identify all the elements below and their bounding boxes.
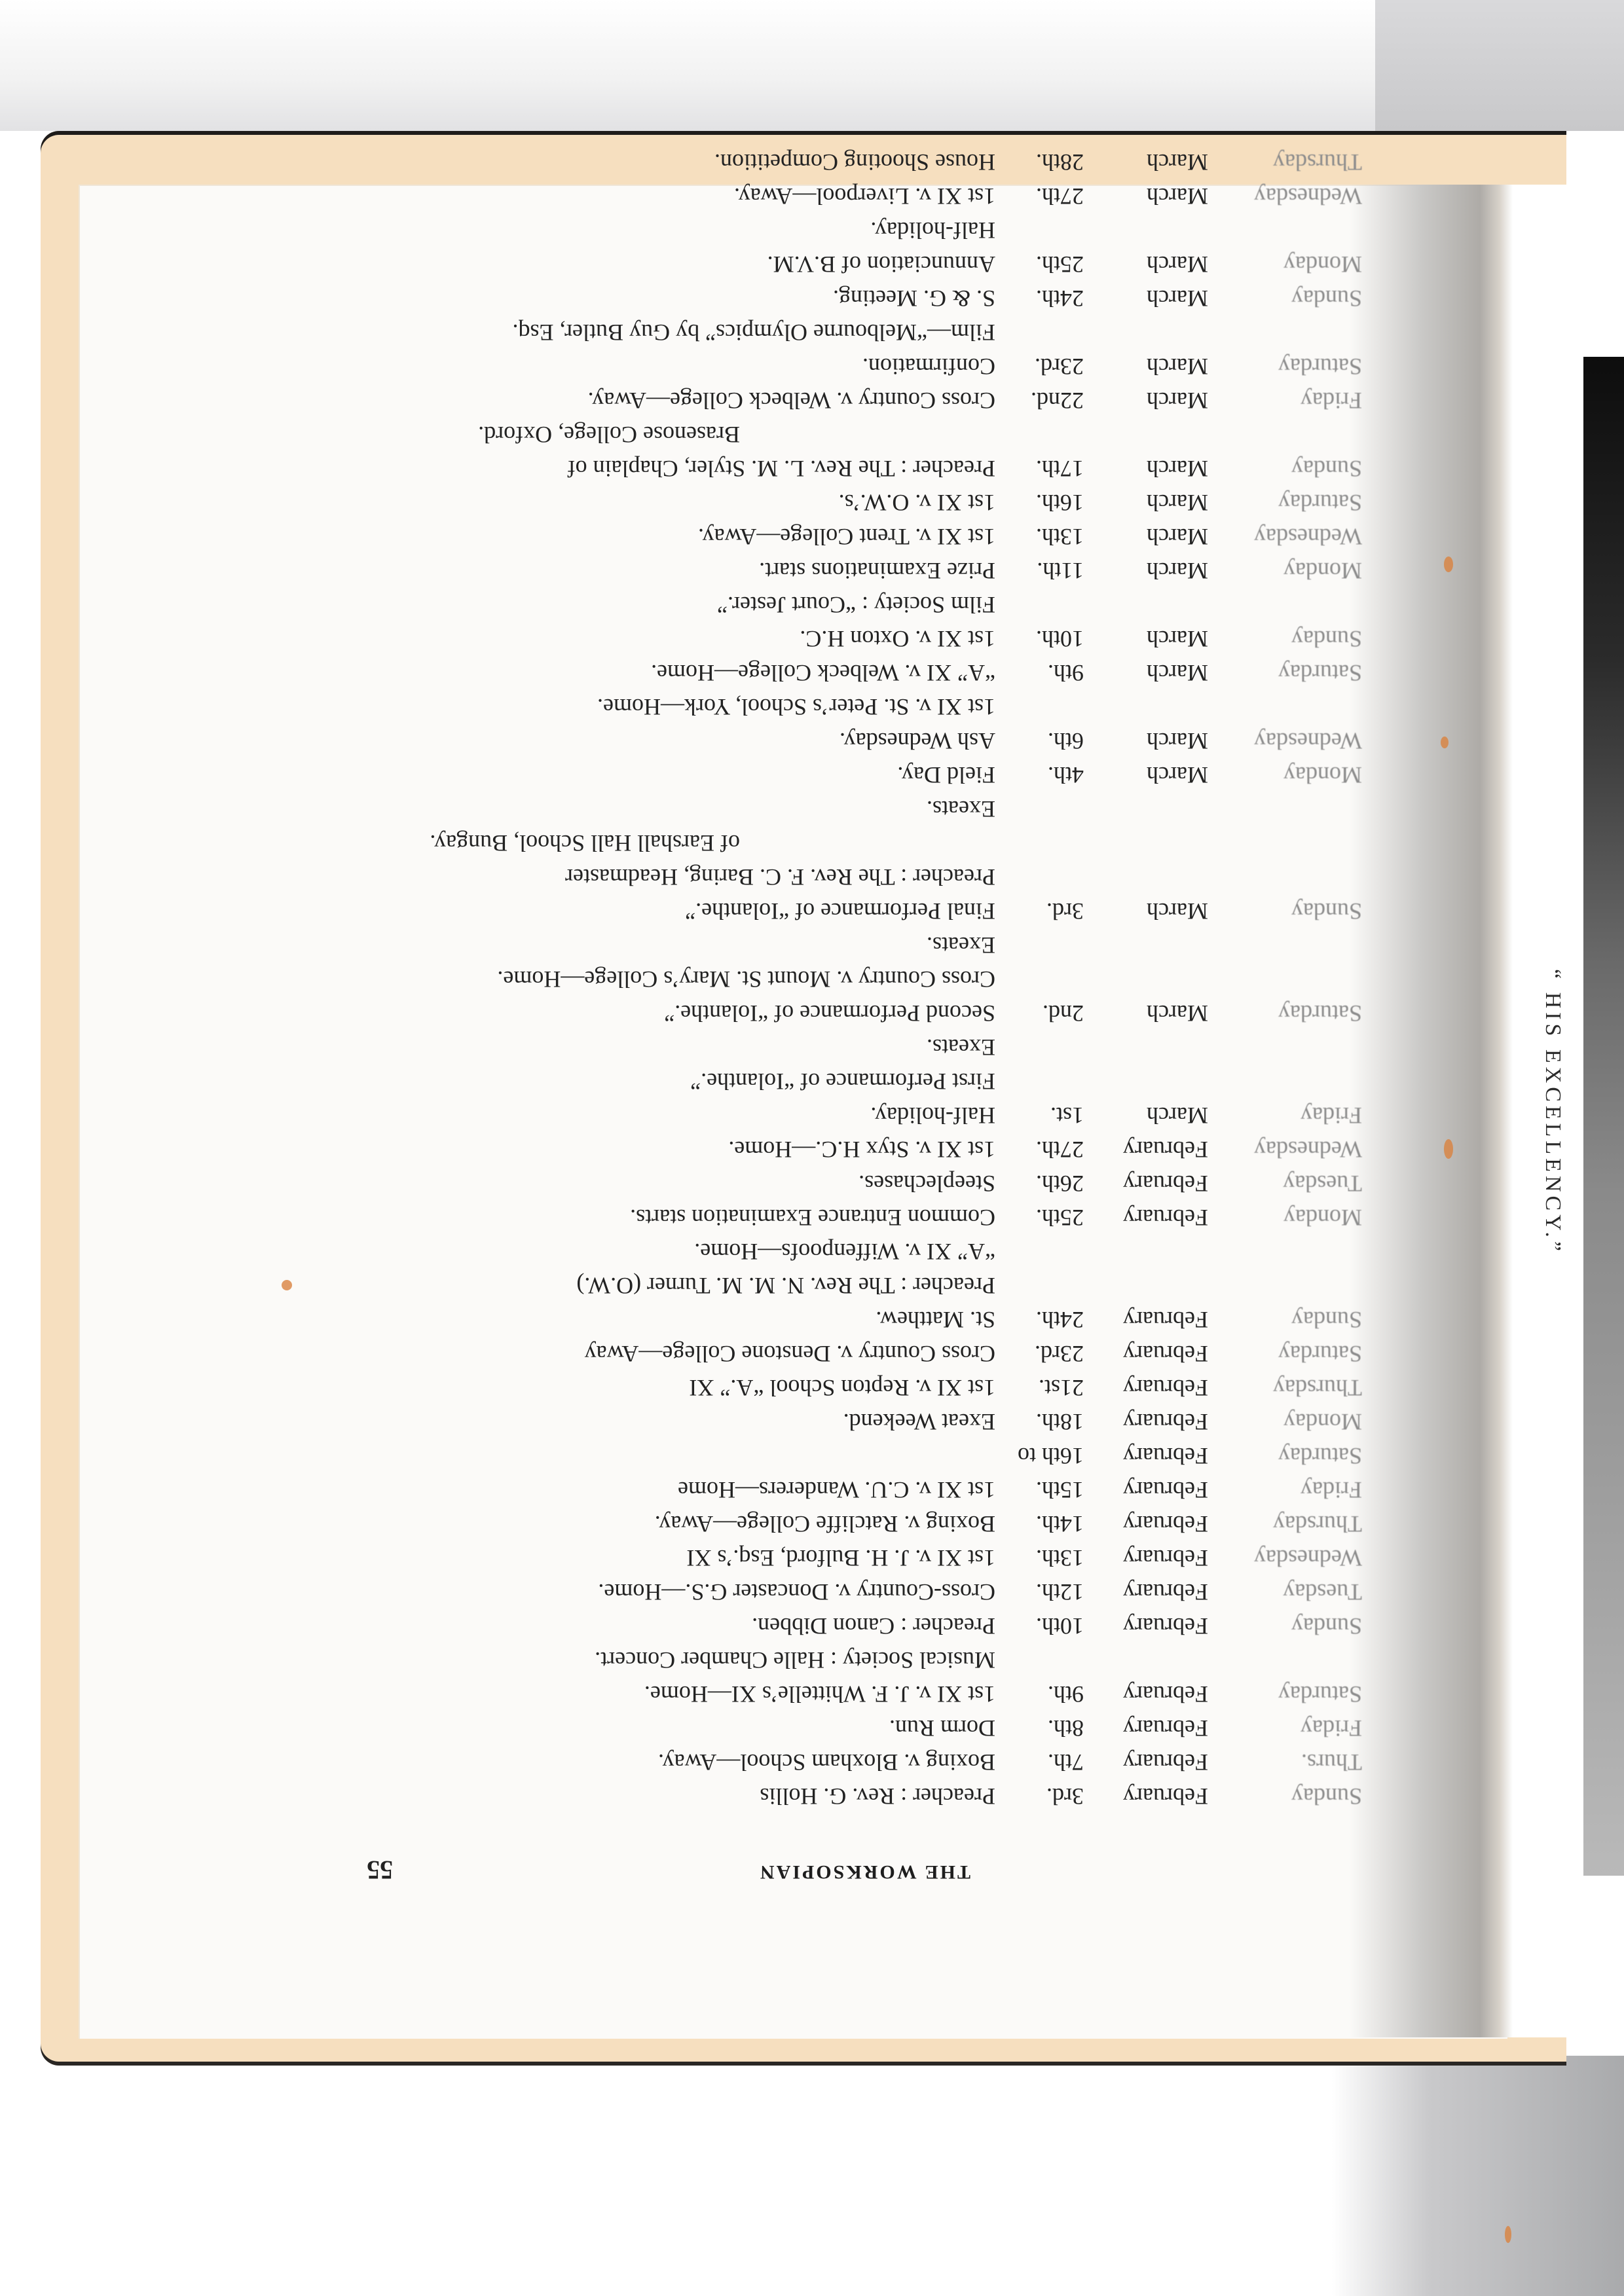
day-cell: Friday — [1208, 1711, 1362, 1745]
event-cell: 1st XI v. Oxton H.C. — [367, 622, 995, 656]
day-cell: Monday — [1208, 1201, 1362, 1235]
date-cell: 4th. — [995, 758, 1084, 792]
calendar-row: FridayMarch22nd.Cross Country v. Welbeck… — [367, 384, 1362, 418]
month-cell — [1084, 316, 1208, 350]
month-cell: March — [1084, 656, 1208, 690]
event-cell: Exeats. — [367, 1030, 995, 1065]
event-cell: Common Entrance Examination starts. — [367, 1201, 995, 1235]
calendar-row: SundayMarch24th.S. & G. Meeting. — [367, 282, 1362, 316]
event-cell: Cross Country v. Welbeck College—Away. — [367, 384, 995, 418]
calendar-row: Brasenose College, Oxford. — [367, 418, 1362, 452]
date-cell: 17th. — [995, 452, 1084, 486]
day-cell: Friday — [1208, 384, 1362, 418]
month-cell: February — [1084, 1575, 1208, 1609]
event-cell: Boxing v. Ratcliffe College—Away. — [367, 1507, 995, 1541]
foxing-stain — [1441, 737, 1449, 748]
day-cell: Tuesday — [1208, 1575, 1362, 1609]
date-cell: 11th. — [995, 554, 1084, 588]
event-cell: Half-holiday. — [367, 213, 995, 247]
calendar-row: ThursdayFebruary21st.1st XI v. Repton Sc… — [367, 1371, 1362, 1405]
event-cell: “A” XI v. Welbeck College—Home. — [367, 656, 995, 690]
month-cell: February — [1084, 1439, 1208, 1473]
event-cell: Exeats. — [367, 792, 995, 826]
calendar-row: WednesdayMarch13th.1st XI v. Trent Colle… — [367, 520, 1362, 554]
calendar-row: SaturdayFebruary23rd.Cross Country v. De… — [367, 1337, 1362, 1371]
day-cell: Sunday — [1208, 1779, 1362, 1813]
calendar-row: SundayFebruary3rd.Preacher : Rev. G. Hol… — [367, 1779, 1362, 1813]
calendar-row: SaturdayMarch23rd.Confirmation. — [367, 350, 1362, 384]
event-cell: Film—“Melbourne Olympics” by Guy Butler,… — [367, 316, 995, 350]
day-cell: Wednesday — [1208, 1541, 1362, 1575]
date-cell: 14th. — [995, 1507, 1084, 1541]
event-cell: Cross Country v. Mount St. Mary’s Colleg… — [367, 962, 995, 996]
calendar-row: MondayFebruary25th.Common Entrance Exami… — [367, 1201, 1362, 1235]
day-cell: Thursday — [1208, 1507, 1362, 1541]
date-cell: 9th. — [995, 656, 1084, 690]
day-cell — [1208, 826, 1362, 860]
month-cell: February — [1084, 1609, 1208, 1643]
calendar-row: Preacher : The Rev. N. M. M. Turner (O.W… — [367, 1269, 1362, 1303]
day-cell: Sunday — [1208, 282, 1362, 316]
scanner-background-bottom — [0, 2056, 1624, 2296]
event-cell: First Performance of “Iolanthe.” — [367, 1065, 995, 1099]
event-cell: Field Day. — [367, 758, 995, 792]
month-cell — [1084, 1269, 1208, 1303]
date-cell: 23rd. — [995, 1337, 1084, 1371]
date-cell — [995, 1065, 1084, 1099]
month-cell: February — [1084, 1133, 1208, 1167]
calendar-entries: SundayFebruary3rd.Preacher : Rev. G. Hol… — [367, 145, 1362, 1813]
date-cell: 16th. — [995, 486, 1084, 520]
calendar-row: SaturdayMarch9th.“A” XI v. Welbeck Colle… — [367, 656, 1362, 690]
date-cell: 6th. — [995, 724, 1084, 758]
calendar-row: SaturdayFebruary16th to — [367, 1439, 1362, 1473]
month-cell: February — [1084, 1745, 1208, 1779]
date-cell — [995, 418, 1084, 452]
event-cell: Boxing v. Bloxham School—Away. — [367, 1745, 995, 1779]
event-cell: Preacher : Canon Dibben. — [367, 1609, 995, 1643]
date-cell: 24th. — [995, 282, 1084, 316]
event-cell: S. & G. Meeting. — [367, 282, 995, 316]
day-cell: Saturday — [1208, 350, 1362, 384]
date-cell: 13th. — [995, 1541, 1084, 1575]
date-cell: 28th. — [995, 145, 1084, 179]
running-title: THE WORKSOPIAN — [367, 1861, 1362, 1883]
date-cell: 13th. — [995, 520, 1084, 554]
calendar-row: ThursdayFebruary14th.Boxing v. Ratcliffe… — [367, 1507, 1362, 1541]
date-cell: 10th. — [995, 622, 1084, 656]
date-cell: 21st. — [995, 1371, 1084, 1405]
event-cell — [367, 1439, 995, 1473]
day-cell — [1208, 213, 1362, 247]
event-cell: Second Performance of “Iolanthe.” — [367, 996, 995, 1030]
date-cell — [995, 316, 1084, 350]
event-cell: 1st XI v. C.U. Wanderers—Home — [367, 1473, 995, 1507]
event-cell: Final Performance of “Iolanthe.” — [367, 894, 995, 928]
day-cell: Saturday — [1208, 486, 1362, 520]
event-cell: Film Society : “Court Jester.” — [367, 588, 995, 622]
month-cell: February — [1084, 1337, 1208, 1371]
calendar-row: MondayMarch4th.Field Day. — [367, 758, 1362, 792]
event-cell: Cross Country v. Denstone College—Away — [367, 1337, 995, 1371]
calendar-row: MondayMarch25th.Annunciation of B.V.M. — [367, 247, 1362, 282]
date-cell: 16th to — [995, 1439, 1084, 1473]
day-cell: Wednesday — [1208, 179, 1362, 213]
date-cell: 9th. — [995, 1677, 1084, 1711]
date-cell — [995, 1269, 1084, 1303]
date-cell: 27th. — [995, 1133, 1084, 1167]
date-cell: 18th. — [995, 1405, 1084, 1439]
month-cell: March — [1084, 520, 1208, 554]
event-cell: Cross-Country v. Doncaster G.S.—Home. — [367, 1575, 995, 1609]
date-cell — [995, 213, 1084, 247]
page-number: 55 — [367, 1855, 393, 1886]
calendar-row: Preacher : The Rev. F. C. Baring, Headma… — [367, 860, 1362, 894]
event-cell: Dorm Run. — [367, 1711, 995, 1745]
calendar-row: Exeats. — [367, 928, 1362, 962]
month-cell — [1084, 928, 1208, 962]
day-cell — [1208, 860, 1362, 894]
calendar-row: Thurs.February7th.Boxing v. Bloxham Scho… — [367, 1745, 1362, 1779]
event-cell: Half-holiday. — [367, 1099, 995, 1133]
month-cell — [1084, 1065, 1208, 1099]
running-head: THE WORKSOPIAN 55 — [367, 1853, 1362, 1886]
day-cell: Thursday — [1208, 1371, 1362, 1405]
event-cell: Preacher : The Rev. N. M. M. Turner (O.W… — [367, 1269, 995, 1303]
month-cell: March — [1084, 350, 1208, 384]
month-cell: March — [1084, 724, 1208, 758]
event-cell: Preacher : Rev. G. Hollis — [367, 1779, 995, 1813]
month-cell: February — [1084, 1405, 1208, 1439]
date-cell: 24th. — [995, 1303, 1084, 1337]
calendar-row: WednesdayMarch6th.Ash Wednesday. — [367, 724, 1362, 758]
day-cell: Thurs. — [1208, 1745, 1362, 1779]
event-cell: Annunciation of B.V.M. — [367, 247, 995, 282]
day-cell — [1208, 418, 1362, 452]
calendar-row: SaturdayFebruary9th.1st XI v. J. F. Whit… — [367, 1677, 1362, 1711]
date-cell — [995, 792, 1084, 826]
date-cell: 22nd. — [995, 384, 1084, 418]
month-cell — [1084, 213, 1208, 247]
event-cell: Musical Society : Halle Chamber Concert. — [367, 1643, 995, 1677]
date-cell: 3rd. — [995, 1779, 1084, 1813]
date-cell — [995, 928, 1084, 962]
day-cell — [1208, 1643, 1362, 1677]
month-cell: March — [1084, 384, 1208, 418]
month-cell — [1084, 792, 1208, 826]
day-cell — [1208, 792, 1362, 826]
event-cell: House Shooting Competition. — [367, 145, 995, 179]
calendar-row: Exeats. — [367, 792, 1362, 826]
rotated-text-block: THE WORKSOPIAN 55 SundayFebruary3rd.Prea… — [367, 393, 1362, 1886]
day-cell: Sunday — [1208, 452, 1362, 486]
calendar-row: Film Society : “Court Jester.” — [367, 588, 1362, 622]
date-cell — [995, 1643, 1084, 1677]
calendar-row: SaturdayMarch2nd.Second Performance of “… — [367, 996, 1362, 1030]
spine-shadow — [1349, 185, 1513, 2037]
month-cell: March — [1084, 452, 1208, 486]
foxing-stain — [282, 1280, 292, 1290]
month-cell: February — [1084, 1167, 1208, 1201]
event-cell: 1st XI v. Trent College—Away. — [367, 520, 995, 554]
day-cell — [1208, 690, 1362, 724]
month-cell: February — [1084, 1201, 1208, 1235]
event-cell: 1st XI v. Styx H.C.—Home. — [367, 1133, 995, 1167]
calendar-row: Half-holiday. — [367, 213, 1362, 247]
month-cell — [1084, 1030, 1208, 1065]
date-cell: 25th. — [995, 247, 1084, 282]
day-cell: Saturday — [1208, 1439, 1362, 1473]
day-cell: Tuesday — [1208, 1167, 1362, 1201]
calendar-row: Film—“Melbourne Olympics” by Guy Butler,… — [367, 316, 1362, 350]
day-cell — [1208, 928, 1362, 962]
day-cell: Sunday — [1208, 622, 1362, 656]
day-cell: Monday — [1208, 554, 1362, 588]
date-cell: 15th. — [995, 1473, 1084, 1507]
day-cell: Sunday — [1208, 1609, 1362, 1643]
day-cell: Monday — [1208, 247, 1362, 282]
month-cell: March — [1084, 282, 1208, 316]
calendar-row: SundayMarch3rd.Final Performance of “Iol… — [367, 894, 1362, 928]
month-cell: March — [1084, 894, 1208, 928]
date-cell — [995, 860, 1084, 894]
date-cell — [995, 690, 1084, 724]
day-cell: Wednesday — [1208, 724, 1362, 758]
event-cell: 1st XI v. J. H. Bulford, Esq.’s XI — [367, 1541, 995, 1575]
scanner-background-corner — [1375, 0, 1624, 131]
month-cell — [1084, 588, 1208, 622]
month-cell — [1084, 1643, 1208, 1677]
calendar-row: First Performance of “Iolanthe.” — [367, 1065, 1362, 1099]
calendar-row: Cross Country v. Mount St. Mary’s Colleg… — [367, 962, 1362, 996]
month-cell — [1084, 1235, 1208, 1269]
day-cell: Saturday — [1208, 1677, 1362, 1711]
month-cell: March — [1084, 758, 1208, 792]
foxing-stain — [1444, 556, 1453, 572]
event-cell: Ash Wednesday. — [367, 724, 995, 758]
day-cell — [1208, 1030, 1362, 1065]
calendar-row: “A” XI v. Wiffenpoofs—Home. — [367, 1235, 1362, 1269]
month-cell: March — [1084, 622, 1208, 656]
calendar-row: Musical Society : Halle Chamber Concert. — [367, 1643, 1362, 1677]
day-cell: Monday — [1208, 758, 1362, 792]
date-cell: 27th. — [995, 179, 1084, 213]
event-cell: 1st XI v. Repton School “A.” XI — [367, 1371, 995, 1405]
date-cell: 23rd. — [995, 350, 1084, 384]
month-cell: February — [1084, 1371, 1208, 1405]
month-cell — [1084, 826, 1208, 860]
calendar-row: SaturdayMarch16th.1st XI v. O.W.’s. — [367, 486, 1362, 520]
calendar-row: WednesdayFebruary13th.1st XI v. J. H. Bu… — [367, 1541, 1362, 1575]
day-cell: Wednesday — [1208, 520, 1362, 554]
day-cell: Saturday — [1208, 656, 1362, 690]
day-cell: Thursday — [1208, 145, 1362, 179]
date-cell: 26th. — [995, 1167, 1084, 1201]
date-cell — [995, 962, 1084, 996]
calendar-row: of Earshall Hall School, Bungay. — [367, 826, 1362, 860]
event-cell: 1st XI v. Liverpool—Away. — [367, 179, 995, 213]
foxing-stain — [1444, 1139, 1453, 1159]
calendar-row: WednesdayMarch27th.1st XI v. Liverpool—A… — [367, 179, 1362, 213]
month-cell: March — [1084, 554, 1208, 588]
day-cell: Saturday — [1208, 1337, 1362, 1371]
event-cell: Prize Examinations start. — [367, 554, 995, 588]
month-cell: March — [1084, 996, 1208, 1030]
date-cell: 25th. — [995, 1201, 1084, 1235]
calendar-row: ThursdayMarch28th.House Shooting Competi… — [367, 145, 1362, 179]
date-cell — [995, 826, 1084, 860]
date-cell — [995, 588, 1084, 622]
day-cell: Wednesday — [1208, 1133, 1362, 1167]
event-cell: Brasenose College, Oxford. — [367, 418, 995, 452]
calendar-row: SundayMarch17th.Preacher : The Rev. L. M… — [367, 452, 1362, 486]
day-cell: Monday — [1208, 1405, 1362, 1439]
month-cell: February — [1084, 1711, 1208, 1745]
month-cell: February — [1084, 1779, 1208, 1813]
month-cell: February — [1084, 1677, 1208, 1711]
day-cell — [1208, 1269, 1362, 1303]
event-cell: Exeat Weekend. — [367, 1405, 995, 1439]
date-cell: 1st. — [995, 1099, 1084, 1133]
date-cell: 10th. — [995, 1609, 1084, 1643]
event-cell: “A” XI v. Wiffenpoofs—Home. — [367, 1235, 995, 1269]
day-cell: Sunday — [1208, 894, 1362, 928]
calendar-row: MondayMarch11th.Prize Examinations start… — [367, 554, 1362, 588]
calendar-row: FridayFebruary8th.Dorm Run. — [367, 1711, 1362, 1745]
day-cell: Friday — [1208, 1473, 1362, 1507]
calendar-row: 1st XI v. St. Peter’s School, York—Home. — [367, 690, 1362, 724]
event-cell: 1st XI v. O.W.’s. — [367, 486, 995, 520]
calendar-row: WednesdayFebruary27th.1st XI v. Styx H.C… — [367, 1133, 1362, 1167]
date-cell: 3rd. — [995, 894, 1084, 928]
month-cell — [1084, 418, 1208, 452]
event-cell: Confirmation. — [367, 350, 995, 384]
day-cell — [1208, 1065, 1362, 1099]
facing-photograph — [1583, 357, 1624, 1876]
calendar-row: SundayFebruary10th.Preacher : Canon Dibb… — [367, 1609, 1362, 1643]
date-cell — [995, 1235, 1084, 1269]
day-cell — [1208, 962, 1362, 996]
month-cell: February — [1084, 1507, 1208, 1541]
event-cell: of Earshall Hall School, Bungay. — [367, 826, 995, 860]
event-cell: Exeats. — [367, 928, 995, 962]
event-cell: Preacher : The Rev. L. M. Styler, Chapla… — [367, 452, 995, 486]
month-cell: February — [1084, 1473, 1208, 1507]
calendar-row: FridayMarch1st.Half-holiday. — [367, 1099, 1362, 1133]
day-cell: Friday — [1208, 1099, 1362, 1133]
foxing-stain — [1505, 2226, 1511, 2243]
month-cell: March — [1084, 1099, 1208, 1133]
day-cell: Sunday — [1208, 1303, 1362, 1337]
calendar-row: TuesdayFebruary26th.Steeplechases. — [367, 1167, 1362, 1201]
day-cell — [1208, 1235, 1362, 1269]
month-cell: March — [1084, 179, 1208, 213]
calendar-row: SundayMarch10th.1st XI v. Oxton H.C. — [367, 622, 1362, 656]
calendar-row: Exeats. — [367, 1030, 1362, 1065]
calendar-row: MondayFebruary18th.Exeat Weekend. — [367, 1405, 1362, 1439]
month-cell — [1084, 690, 1208, 724]
event-cell: 1st XI v. St. Peter’s School, York—Home. — [367, 690, 995, 724]
event-cell: 1st XI v. J. F. Whittelle’s XI—Home. — [367, 1677, 995, 1711]
day-cell: Saturday — [1208, 996, 1362, 1030]
month-cell: March — [1084, 145, 1208, 179]
date-cell: 7th. — [995, 1745, 1084, 1779]
month-cell — [1084, 962, 1208, 996]
calendar-row: FridayFebruary15th.1st XI v. C.U. Wander… — [367, 1473, 1362, 1507]
month-cell: February — [1084, 1541, 1208, 1575]
date-cell: 8th. — [995, 1711, 1084, 1745]
day-cell — [1208, 316, 1362, 350]
photo-caption: “ HIS EXCELLENCY.” — [1526, 969, 1565, 1336]
month-cell: February — [1084, 1303, 1208, 1337]
event-cell: Steeplechases. — [367, 1167, 995, 1201]
event-cell: St. Matthew. — [367, 1303, 995, 1337]
calendar-row: TuesdayFebruary12th.Cross-Country v. Don… — [367, 1575, 1362, 1609]
date-cell: 12th. — [995, 1575, 1084, 1609]
month-cell — [1084, 860, 1208, 894]
month-cell: March — [1084, 247, 1208, 282]
date-cell — [995, 1030, 1084, 1065]
day-cell — [1208, 588, 1362, 622]
event-cell: Preacher : The Rev. F. C. Baring, Headma… — [367, 860, 995, 894]
calendar-row: SundayFebruary24th.St. Matthew. — [367, 1303, 1362, 1337]
month-cell: March — [1084, 486, 1208, 520]
date-cell: 2nd. — [995, 996, 1084, 1030]
